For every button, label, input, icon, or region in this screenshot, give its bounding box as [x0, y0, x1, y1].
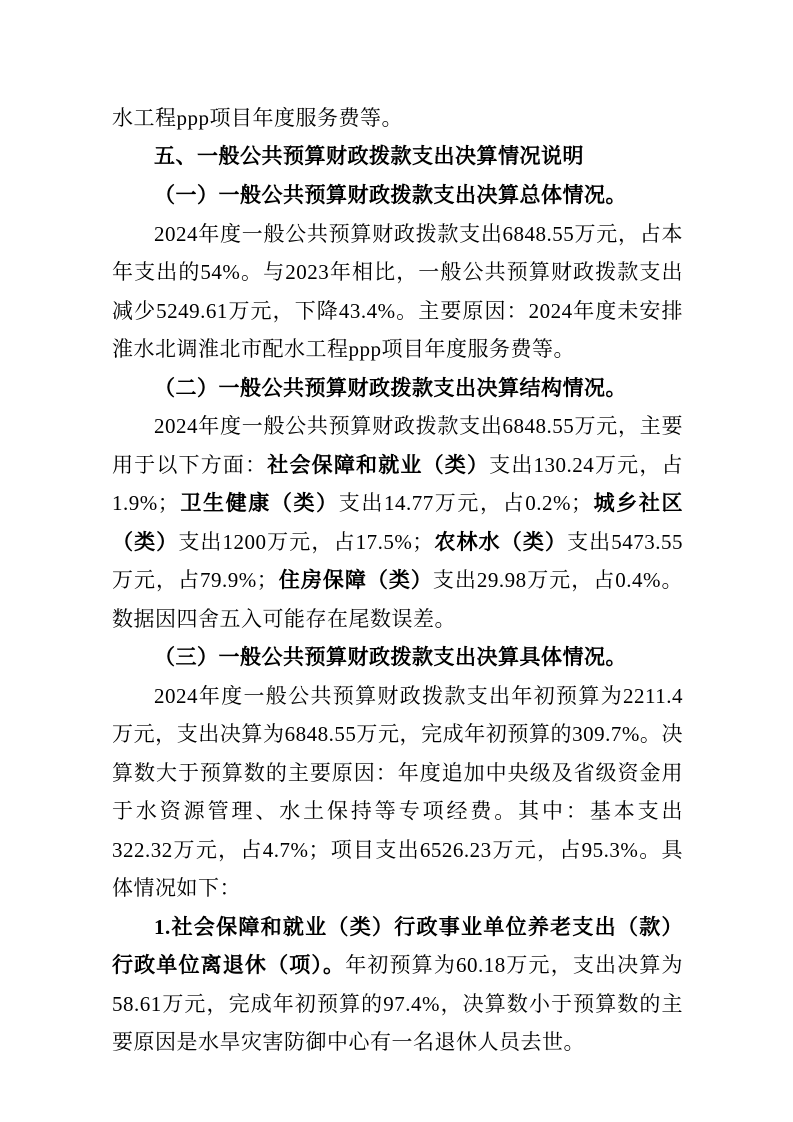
paragraph: 1.社会保障和就业（类）行政事业单位养老支出（款）行政单位离退休（项）。年初预算… [112, 908, 683, 1062]
document-page: 水工程ppp项目年度服务费等。五、一般公共预算财政拨款支出决算情况说明（一）一般… [0, 0, 793, 1122]
text-run: 支出14.77万元，占0.2%； [339, 491, 593, 515]
bold-text-run: 五、一般公共预算财政拨款支出决算情况说明 [154, 145, 584, 168]
bold-text-run: 农林水（类） [434, 530, 567, 554]
section-heading: （一）一般公共预算财政拨款支出决算总体情况。 [112, 176, 683, 215]
section-heading: （三）一般公共预算财政拨款支出决算具体情况。 [112, 638, 683, 677]
bold-text-run: 住房保障（类） [278, 568, 433, 592]
text-run: 水工程ppp项目年度服务费等。 [112, 106, 403, 130]
bold-text-run: （一）一般公共预算财政拨款支出决算总体情况。 [154, 183, 627, 207]
text-run: 2024年度一般公共预算财政拨款支出6848.55万元，占本年支出的54%。与2… [112, 222, 683, 362]
section-heading: 五、一般公共预算财政拨款支出决算情况说明 [112, 138, 683, 177]
bold-text-run: （三）一般公共预算财政拨款支出决算具体情况。 [154, 645, 627, 669]
paragraph: 2024年度一般公共预算财政拨款支出6848.55万元，主要用于以下方面：社会保… [112, 407, 683, 638]
paragraph: 水工程ppp项目年度服务费等。 [112, 99, 683, 138]
section-heading: （二）一般公共预算财政拨款支出决算结构情况。 [112, 369, 683, 408]
text-run: 2024年度一般公共预算财政拨款支出年初预算为2211.4万元，支出决算为684… [112, 684, 683, 901]
text-run: 支出1200万元，占17.5%； [178, 530, 433, 554]
bold-text-run: （二）一般公共预算财政拨款支出决算结构情况。 [154, 376, 627, 400]
bold-text-run: 卫生健康（类） [179, 491, 338, 515]
paragraph: 2024年度一般公共预算财政拨款支出年初预算为2211.4万元，支出决算为684… [112, 677, 683, 908]
document-body: 水工程ppp项目年度服务费等。五、一般公共预算财政拨款支出决算情况说明（一）一般… [112, 99, 683, 1062]
paragraph: 2024年度一般公共预算财政拨款支出6848.55万元，占本年支出的54%。与2… [112, 215, 683, 369]
bold-text-run: 社会保障和就业（类） [267, 453, 489, 477]
